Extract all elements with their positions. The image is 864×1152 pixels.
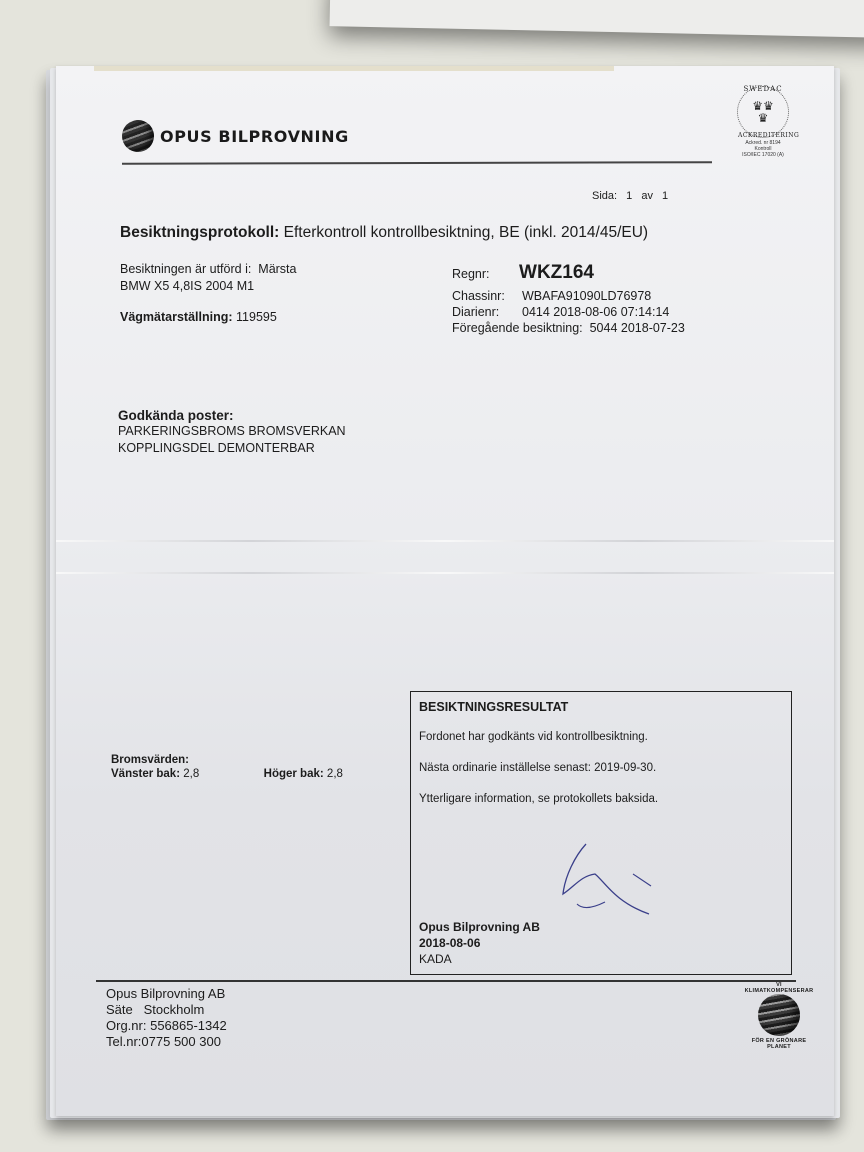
- swedac-ring-bottom: ACKREDITERING: [738, 132, 788, 139]
- logo-text: OPUS BILPROVNING: [160, 127, 349, 146]
- title-value: Efterkontroll kontrollbesiktning, BE (in…: [284, 224, 648, 241]
- regnr-row: Regnr: WKZ164: [452, 262, 594, 284]
- brake-values-section: Bromsvärden: Vänster bak: 2,8 Höger bak:…: [111, 754, 343, 780]
- odometer-row: Vägmätarställning: 119595: [120, 310, 277, 324]
- page-label: Sida:: [592, 190, 617, 202]
- swedac-ring-top: SWEDAC: [738, 85, 788, 93]
- org-label: Org.nr:: [106, 1018, 146, 1033]
- footer-seat: Säte Stockholm: [106, 1002, 204, 1017]
- signer-date: 2018-08-06: [419, 936, 480, 950]
- right-rear-value: 2,8: [327, 768, 343, 780]
- background-paper: [330, 0, 864, 38]
- right-rear-label: Höger bak:: [264, 768, 324, 780]
- footer-company: Opus Bilprovning AB: [106, 986, 225, 1001]
- seat-label: Säte: [106, 1002, 133, 1017]
- result-approved-text: Fordonet har godkänts vid kontrollbesikt…: [419, 731, 648, 743]
- footer-tel: Tel.nr:0775 500 300: [106, 1034, 221, 1049]
- signature-icon: [561, 842, 661, 922]
- more-info-text: Ytterligare information, se protokollets…: [419, 793, 658, 805]
- swedac-line: ISO/IEC 17020 (A): [728, 152, 798, 158]
- globe-badge-icon: [758, 994, 800, 1036]
- diarienr-label: Diarienr:: [452, 305, 522, 319]
- header-divider: [122, 161, 712, 165]
- location-value: Märsta: [258, 262, 296, 276]
- previous-value: 5044 2018-07-23: [590, 321, 685, 335]
- chassinr-row: Chassinr:WBAFA91090LD76978: [452, 289, 651, 303]
- inspection-result-box: BESIKTNINGSRESULTAT Fordonet har godkänt…: [410, 691, 792, 975]
- protocol-title: Besiktningsprotokoll: Efterkontroll kont…: [120, 224, 648, 242]
- swedac-accreditation-seal: SWEDAC ♛♛♛ ACKREDITERING Ackred. nr 8194…: [728, 86, 798, 176]
- tel-label: Tel.nr:: [106, 1034, 141, 1049]
- diarienr-value: 0414 2018-08-06 07:14:14: [522, 305, 669, 319]
- page-of: av: [641, 190, 653, 202]
- approved-items-section: Godkända poster: PARKERINGSBROMS BROMSVE…: [118, 408, 346, 457]
- previous-inspection-row: Föregående besiktning: 5044 2018-07-23: [452, 321, 685, 335]
- next-inspection-text: Nästa ordinarie inställelse senast: 2019…: [419, 762, 656, 774]
- opus-logo: OPUS BILPROVNING: [122, 120, 349, 152]
- location-row: Besiktningen är utförd i: Märsta: [120, 262, 296, 276]
- diarienr-row: Diarienr:0414 2018-08-06 07:14:14: [452, 305, 669, 319]
- badge-top-text: VI KLIMATKOMPENSERAR: [744, 982, 814, 994]
- footer-org: Org.nr: 556865-1342: [106, 1018, 227, 1033]
- left-rear-value: 2,8: [183, 768, 199, 780]
- climate-compensation-badge: VI KLIMATKOMPENSERAR FÖR EN GRÖNARE PLAN…: [744, 980, 814, 1050]
- odometer-value: 119595: [236, 310, 277, 324]
- badge-bottom-text: FÖR EN GRÖNARE PLANET: [744, 1038, 814, 1050]
- page-indicator: Sida: 1 av 1: [592, 190, 674, 202]
- fold-crease: [56, 540, 834, 542]
- tel-value: 0775 500 300: [141, 1034, 221, 1049]
- vehicle-model: BMW X5 4,8IS 2004 M1: [120, 279, 254, 293]
- three-crowns-icon: ♛♛♛: [752, 100, 774, 124]
- chassinr-value: WBAFA91090LD76978: [522, 289, 651, 303]
- approved-item: KOPPLINGSDEL DEMONTERBAR: [118, 440, 346, 457]
- signer-code: KADA: [419, 952, 452, 966]
- paper-yellowed-edge: [94, 66, 614, 71]
- page-current: 1: [626, 190, 632, 202]
- chassinr-label: Chassinr:: [452, 289, 522, 303]
- globe-logo-icon: [122, 120, 154, 152]
- regnr-label: Regnr:: [452, 267, 490, 281]
- inspection-protocol-document: OPUS BILPROVNING SWEDAC ♛♛♛ ACKREDITERIN…: [56, 66, 834, 1116]
- approved-heading: Godkända poster:: [118, 408, 346, 423]
- footer-divider: [96, 980, 796, 982]
- location-label: Besiktningen är utförd i:: [120, 262, 251, 276]
- result-heading: BESIKTNINGSRESULTAT: [419, 700, 568, 714]
- title-label: Besiktningsprotokoll:: [120, 224, 279, 241]
- fold-crease: [56, 572, 834, 574]
- org-value: 556865-1342: [150, 1018, 227, 1033]
- swedac-crowns-icon: SWEDAC ♛♛♛ ACKREDITERING: [737, 86, 789, 138]
- page-total: 1: [662, 190, 668, 202]
- seat-value: Stockholm: [144, 1002, 205, 1017]
- regnr-value: WKZ164: [519, 262, 594, 283]
- brakes-heading: Bromsvärden:: [111, 754, 343, 766]
- odometer-label: Vägmätarställning:: [120, 310, 233, 324]
- previous-label: Föregående besiktning:: [452, 321, 583, 335]
- signer-company: Opus Bilprovning AB: [419, 920, 540, 934]
- left-rear-label: Vänster bak:: [111, 768, 180, 780]
- approved-item: PARKERINGSBROMS BROMSVERKAN: [118, 423, 346, 440]
